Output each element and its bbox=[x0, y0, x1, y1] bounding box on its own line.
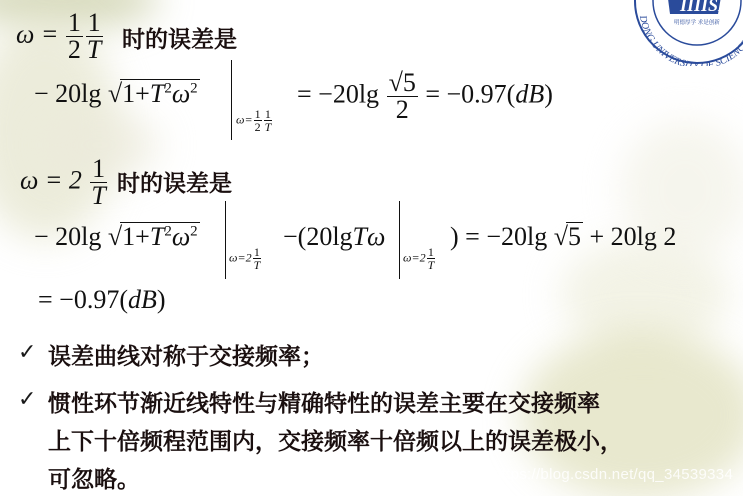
case2-eval-subscript-2: ω=21T bbox=[403, 246, 436, 271]
watermark: https://blog.csdn.net/qq_34539334 bbox=[493, 466, 733, 483]
check-icon: ✓ bbox=[18, 387, 36, 412]
svg-text:明德厚学 求是创新: 明德厚学 求是创新 bbox=[674, 18, 720, 26]
case1-label: 时的误差是 bbox=[122, 21, 237, 54]
fraction-half: 12 bbox=[66, 10, 83, 63]
evaluation-bar bbox=[231, 60, 232, 140]
case2-equation-right: ) = −20lg √5 + 20lg 2 bbox=[450, 222, 676, 252]
case2-equation-mid: −(20lgTω bbox=[283, 222, 385, 252]
case1-eval-subscript: ω=121T bbox=[236, 108, 273, 133]
evaluation-bar bbox=[399, 201, 400, 279]
bullet-2-line-2: 上下十倍频程范围内，交接频率十倍频以上的误差极小， bbox=[48, 423, 623, 456]
case1-condition: ω = 121T bbox=[16, 10, 104, 63]
fraction-one-over-t: 1T bbox=[85, 10, 103, 63]
case2-result: = −0.97(dB) bbox=[38, 285, 166, 315]
check-icon: ✓ bbox=[18, 340, 36, 365]
case2-label: 时的误差是 bbox=[117, 165, 232, 198]
case1-equation-left: − 20lg √1+T2ω2 bbox=[34, 79, 200, 109]
bullet-1-text: 误差曲线对称于交接频率； bbox=[48, 338, 324, 371]
case2-eval-subscript: ω=21T bbox=[229, 246, 262, 271]
case2-condition: ω = 2 1T bbox=[20, 156, 109, 209]
bullet-2-line-1: 惯性环节渐近线特性与精确特性的误差主要在交接频率 bbox=[48, 385, 600, 418]
case2-equation-left: − 20lg √1+T2ω2 bbox=[34, 222, 200, 252]
case1-equation-right: = −20lg √52 = −0.97(dB) bbox=[297, 70, 553, 123]
svg-text:IIIISI: IIIISI bbox=[679, 0, 726, 15]
omega-lhs: ω = bbox=[16, 19, 58, 48]
background-decoration bbox=[560, 240, 730, 350]
bullet-2-line-3: 可忽略。 bbox=[48, 461, 140, 494]
evaluation-bar bbox=[225, 201, 226, 279]
university-logo-icon: IIIISI 明德厚学 求是创新 DONG UNIVERSITY OF SCIE… bbox=[622, 0, 743, 66]
